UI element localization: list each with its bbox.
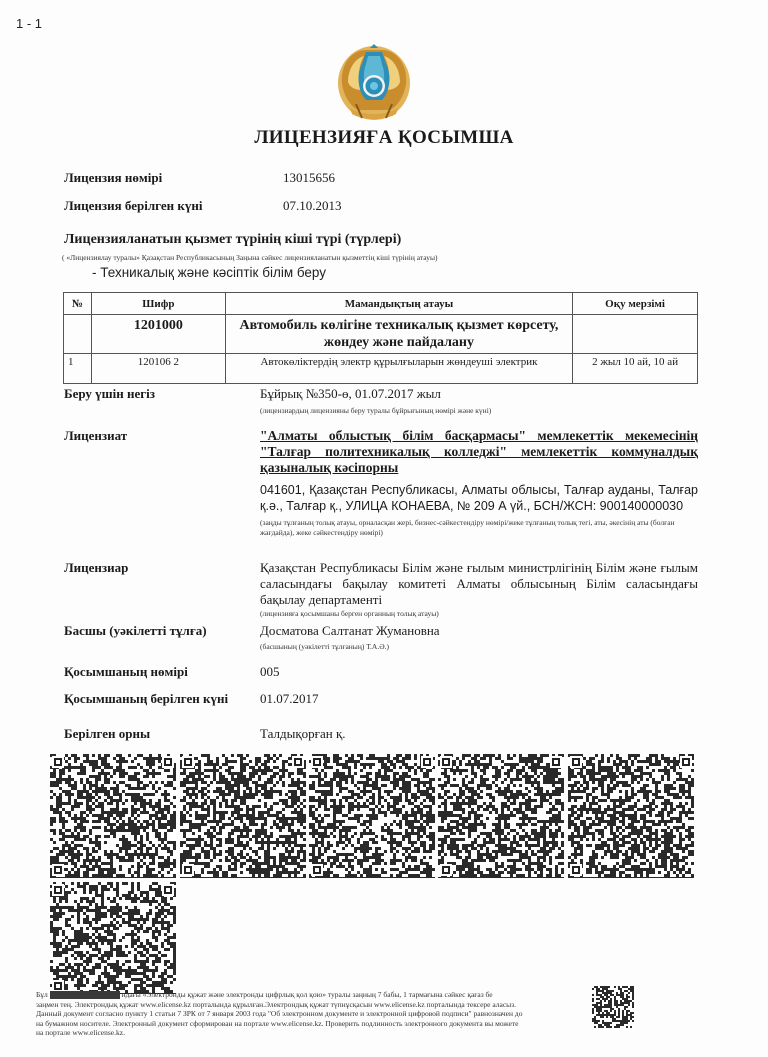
redaction-block — [50, 991, 120, 999]
specialty-table: № Шифр Мамандықтың атауы Оқу мерзімі 120… — [63, 292, 698, 384]
license-number-label: Лицензия нөмірі — [64, 170, 162, 186]
licensee-name: "Алматы облыстық білім басқармасы" мемле… — [260, 428, 698, 476]
basis-value: Бұйрық №350-ө, 01.07.2017 жыл — [260, 386, 698, 402]
license-date-label: Лицензия берілген күні — [64, 198, 203, 214]
head-section: Басшы (уәкілетті тұлға) Досматова Салтан… — [64, 623, 704, 655]
qr-code-icon — [438, 754, 564, 878]
subtype-item: - Техникалық және кәсіптік білім беру — [92, 265, 326, 280]
table-group-row: 1201000 Автомобиль көлігіне техникалық қ… — [64, 315, 698, 354]
basis-section: Беру үшін негіз Бұйрық №350-ө, 01.07.201… — [64, 386, 704, 426]
row-code: 120106 2 — [91, 354, 225, 384]
head-value: Досматова Салтанат Жумановна — [260, 623, 698, 639]
row-duration: 2 жыл 10 ай, 10 ай — [573, 354, 698, 384]
place-value: Талдықорған қ. — [260, 726, 346, 742]
head-caption: (басшының (уәкілетті тұлғаның) Т.А.Ә.) — [260, 642, 698, 652]
attachment-number-row: Қосымшаның нөмірі 005 — [64, 664, 464, 682]
footer-line5: на портале www.elicense.kz. — [36, 1028, 596, 1038]
subtype-note: ( «Лицензиялау туралы» Қазақстан Республ… — [62, 253, 437, 262]
attachment-number-value: 005 — [260, 664, 280, 680]
qr-code-icon — [568, 754, 694, 878]
group-code: 1201000 — [91, 315, 225, 354]
basis-label: Беру үшін негіз — [64, 386, 155, 402]
basis-caption: (лицензиардың лицензияны беру туралы бұй… — [260, 406, 698, 416]
license-date-row: Лицензия берілген күні 07.10.2013 — [64, 198, 464, 216]
qr-code-icon — [309, 754, 435, 878]
footer-disclaimer: Бұл ндағы «Электронды құжат және электро… — [36, 990, 596, 1038]
licensee-address: 041601, Қазақстан Республикасы, Алматы о… — [260, 482, 698, 514]
license-number-value: 13015656 — [283, 170, 335, 186]
page-title: ЛИЦЕНЗИЯҒА ҚОСЫМША — [0, 127, 768, 149]
place-row: Берілген орны Талдықорған қ. — [64, 726, 464, 744]
group-duration — [573, 315, 698, 354]
row-number: 1 — [64, 354, 92, 384]
licensee-label: Лицензиат — [64, 428, 127, 444]
attachment-date-row: Қосымшаның берілген күні 01.07.2017 — [64, 691, 464, 709]
small-qr-code-icon — [592, 986, 634, 1028]
licensee-section: Лицензиат "Алматы облыстық білім басқарм… — [64, 428, 704, 553]
head-label: Басшы (уәкілетті тұлға) — [64, 623, 207, 639]
footer-line2: заңмен тең. Электрондық құжат www.elicen… — [36, 1000, 596, 1010]
table-header-row: № Шифр Мамандықтың атауы Оқу мерзімі — [64, 293, 698, 315]
header-number: № — [64, 293, 92, 315]
qr-code-icon — [50, 754, 176, 878]
place-label: Берілген орны — [64, 726, 150, 742]
group-number — [64, 315, 92, 354]
header-duration: Оқу мерзімі — [573, 293, 698, 315]
row-name: Автокөліктердің электр құрылғыларын жөнд… — [225, 354, 572, 384]
table-row: 1 120106 2 Автокөліктердің электр құрылғ… — [64, 354, 698, 384]
licensor-label: Лицензиар — [64, 560, 128, 576]
attachment-date-label: Қосымшаның берілген күні — [64, 691, 228, 707]
licensor-section: Лицензиар Қазақстан Республикасы Білім ж… — [64, 560, 704, 620]
attachment-number-label: Қосымшаның нөмірі — [64, 664, 188, 680]
attachment-date-value: 01.07.2017 — [260, 691, 319, 707]
licensee-caption: (заңды тұлғаның толық атауы, орналасқан … — [260, 518, 698, 538]
footer-line3: Данный документ согласно пункту 1 статьи… — [36, 1009, 596, 1019]
licensor-value: Қазақстан Республикасы Білім және ғылым … — [260, 560, 698, 608]
header-specialty-name: Мамандықтың атауы — [225, 293, 572, 315]
footer-line4: на бумажном носителе. Электронный докуме… — [36, 1019, 596, 1029]
kazakhstan-state-emblem-icon — [336, 44, 412, 122]
group-name: Автомобиль көлігіне техникалық қызмет кө… — [225, 315, 572, 354]
qr-code-icon — [180, 754, 306, 878]
licensor-caption: (лицензияға қосымшаны берген органның то… — [260, 609, 698, 619]
license-number-row: Лицензия нөмірі 13015656 — [64, 170, 464, 188]
qr-code-icon — [50, 882, 176, 994]
footer-line1-end: ндағы «Электронды құжат және электронды … — [122, 990, 493, 999]
footer-line1-start: Бұл — [36, 990, 48, 999]
header-code: Шифр — [91, 293, 225, 315]
license-date-value: 07.10.2013 — [283, 198, 342, 214]
subtype-title: Лицензияланатын қызмет түрінің кіші түрі… — [64, 232, 401, 248]
page-number: 1 - 1 — [16, 16, 42, 31]
